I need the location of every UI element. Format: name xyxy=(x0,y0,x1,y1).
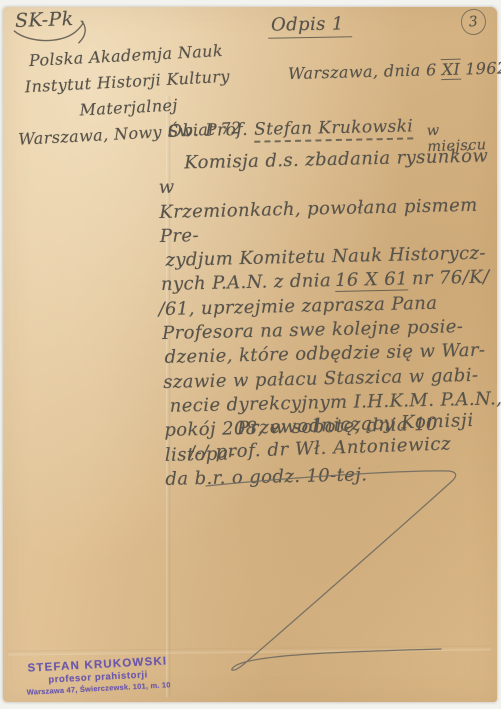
addressee-line: Ob. Prof.Stefan Krukowski xyxy=(168,116,414,141)
addressee-prefix: Ob. Prof. xyxy=(168,120,249,142)
page-number: 3 xyxy=(468,14,479,31)
reference-pre: nych P.A.N. z dnia xyxy=(161,271,332,296)
reference-date: 16 X 61 xyxy=(335,269,408,293)
dateline-pre: Warszawa, dnia 6 xyxy=(288,60,437,83)
body-line: Krzemionkach, powołana pismem Pre- xyxy=(159,193,501,249)
copy-heading: Odpis 1 xyxy=(268,13,352,38)
body-line: Komisja d.s. zbadania rysunków w xyxy=(158,144,501,200)
scanned-letter: SK-Pk Odpis 1 3 Polska Akademja Nauk Ins… xyxy=(0,0,501,709)
archival-code-mark: SK-Pk xyxy=(15,8,74,32)
reference-post: nr 76/K/ xyxy=(412,267,490,290)
addressee-name: Stefan Krukowski xyxy=(254,116,413,142)
dateline-post: 1962 r. xyxy=(465,58,501,79)
dateline-month-roman: XI xyxy=(440,59,461,81)
